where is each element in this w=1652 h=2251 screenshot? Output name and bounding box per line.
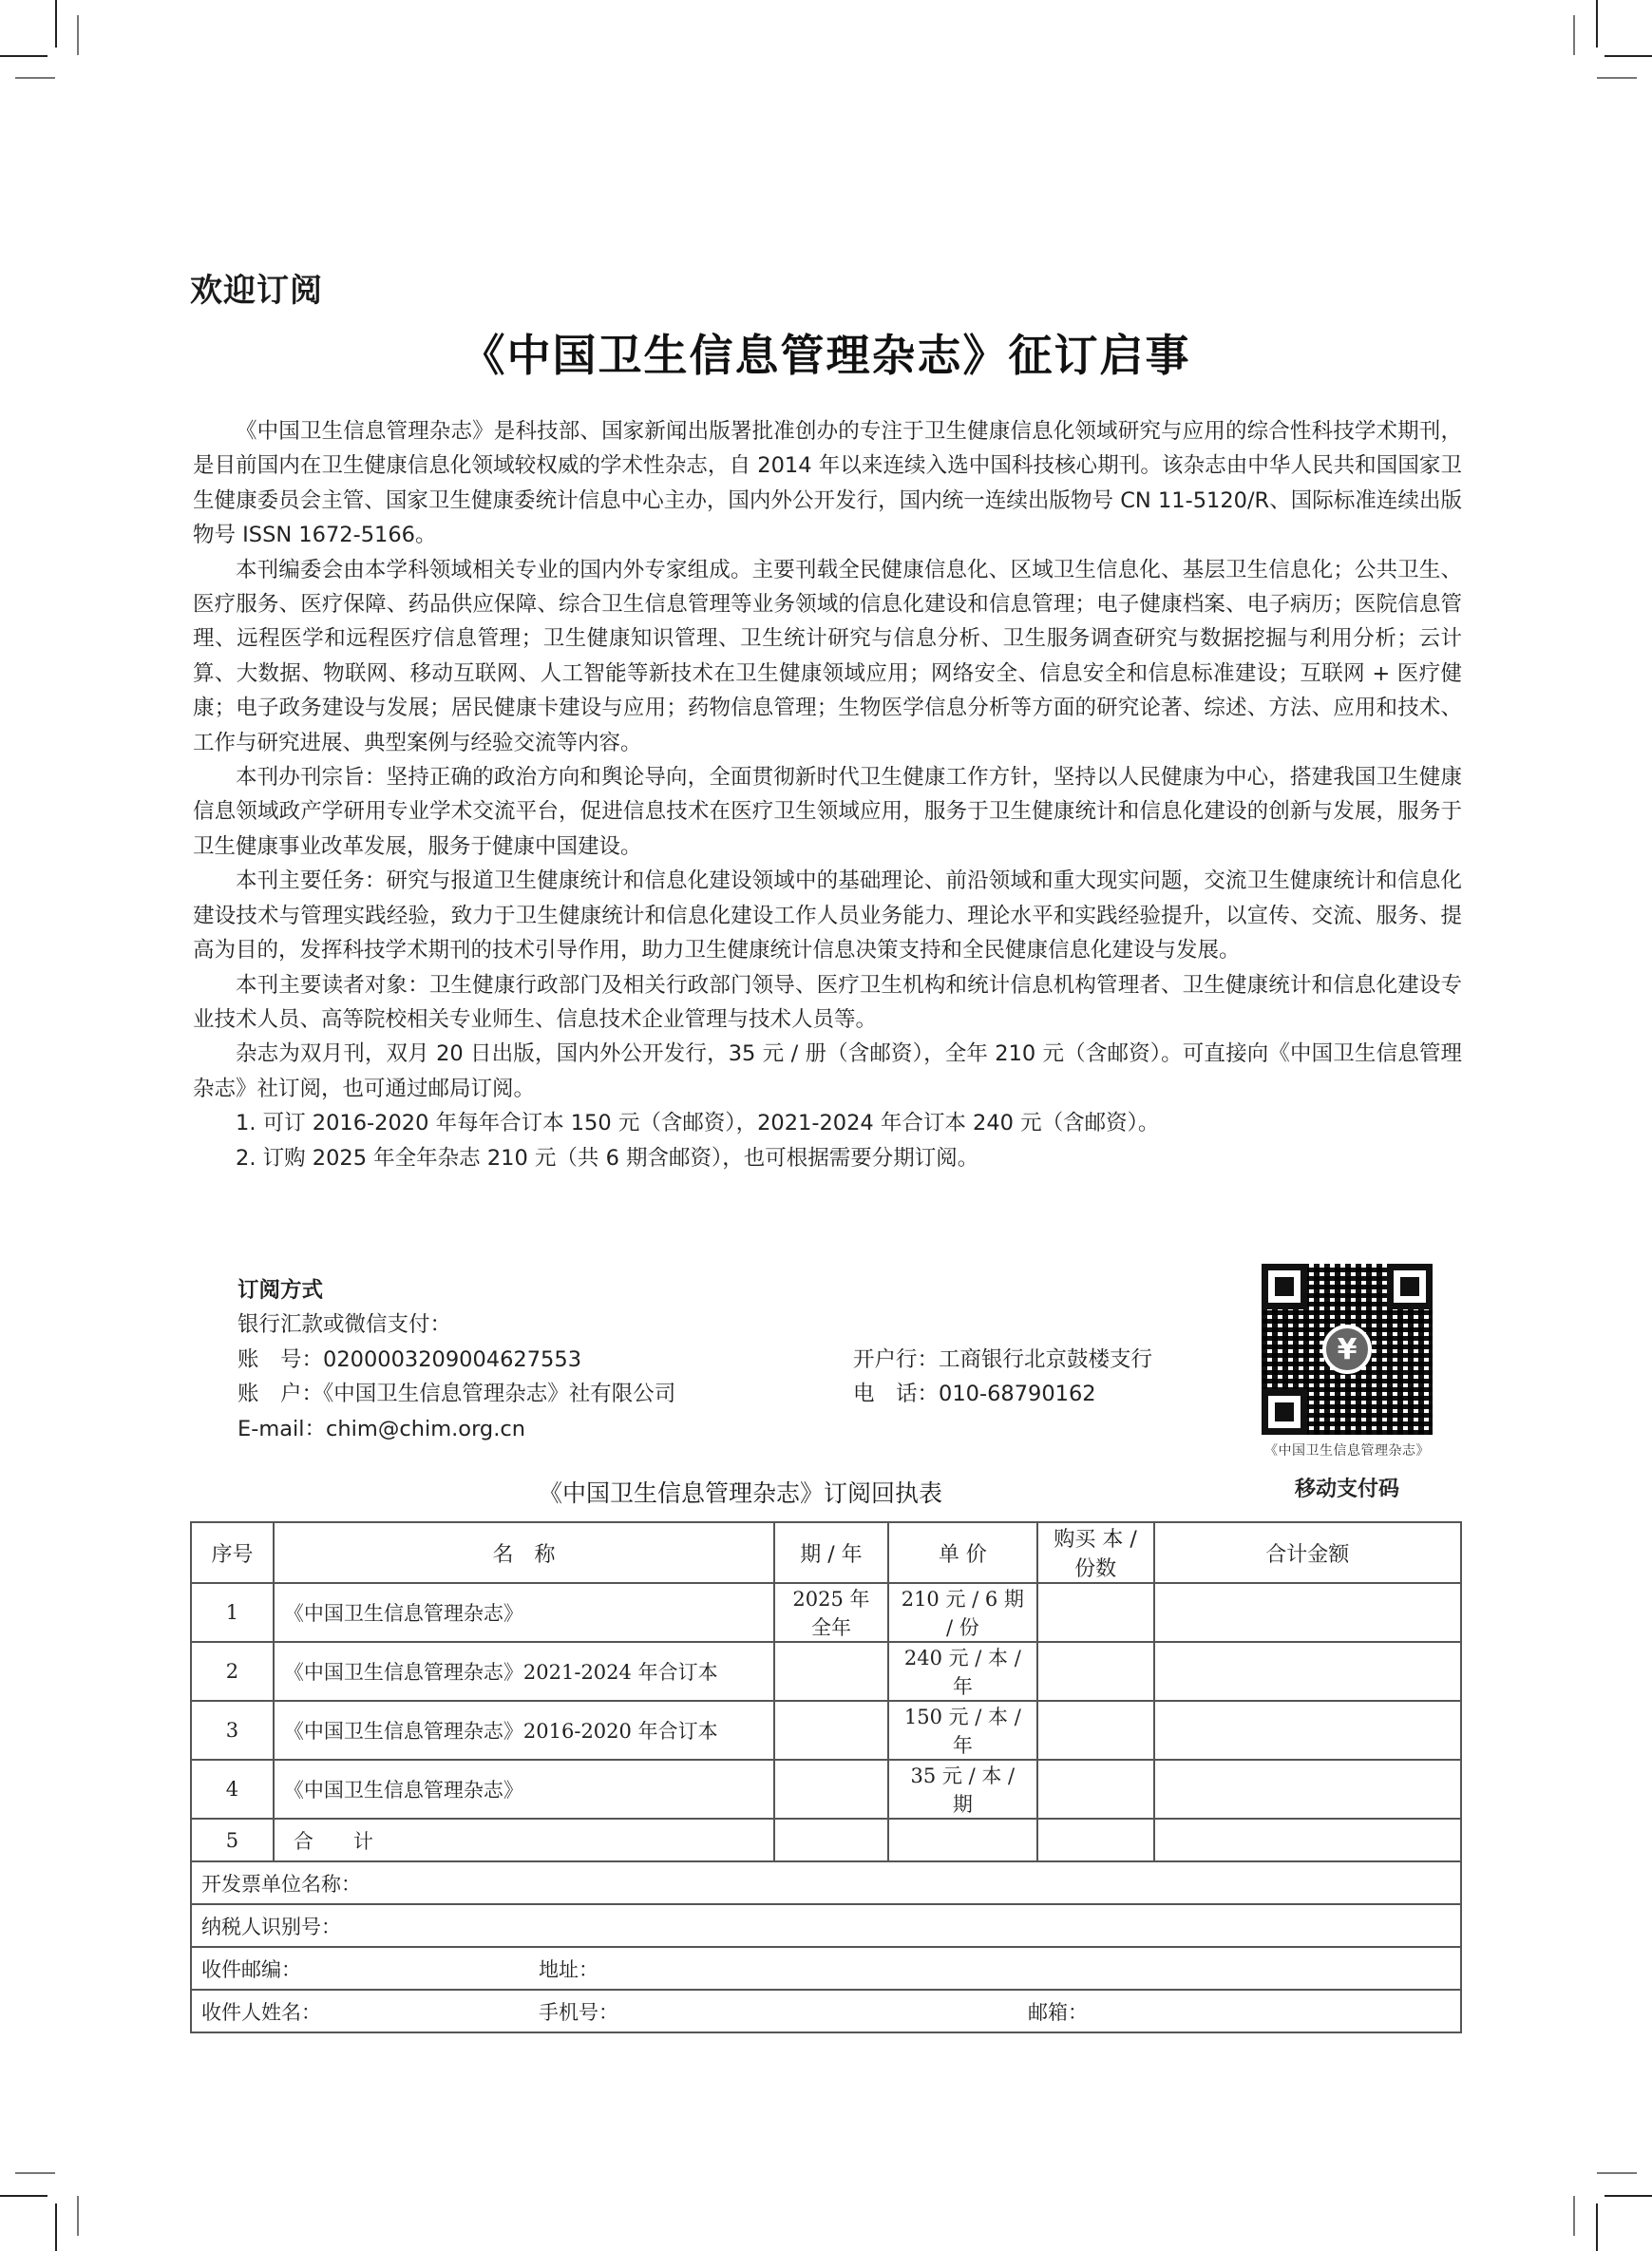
account-name-label: 账 户： <box>237 1382 323 1406</box>
payment-qr-block: ¥ 《中国卫生信息管理杂志》 移动支付码 <box>1252 1264 1442 1502</box>
row-quantity-field[interactable] <box>1037 1583 1154 1642</box>
list-item-annual-subscription: 2. 订购 2025 年全年杂志 210 元（共 6 期含邮资），也可根据需要分… <box>193 1141 1462 1175</box>
row-price: 35 元 / 本 / 期 <box>888 1760 1037 1819</box>
payment-qr-code[interactable]: ¥ <box>1262 1264 1433 1435</box>
taxpayer-id-field[interactable]: 纳税人识别号： <box>191 1904 1461 1947</box>
invoice-unit-row[interactable]: 开发票单位名称： <box>191 1861 1461 1904</box>
crop-mark <box>77 15 79 55</box>
crop-mark <box>1573 2196 1575 2236</box>
table-row-total: 5 合 计 <box>191 1819 1461 1861</box>
row-quantity-field[interactable] <box>1037 1819 1154 1861</box>
payment-method: 银行汇款或微信支付： <box>237 1307 1235 1342</box>
row-name: 《中国卫生信息管理杂志》 <box>274 1760 774 1819</box>
account-number-line: 账 号：0200003209004627553 <box>237 1343 853 1377</box>
row-name: 《中国卫生信息管理杂志》 <box>274 1583 774 1642</box>
account-number: 0200003209004627553 <box>323 1347 581 1372</box>
invoice-unit-label: 开发票单位名称： <box>201 1873 361 1896</box>
email-address[interactable]: chim@chim.org.cn <box>326 1417 525 1441</box>
row-total-field[interactable] <box>1154 1760 1461 1819</box>
header-period: 期 / 年 <box>774 1522 888 1583</box>
postcode-address-field[interactable]: 收件邮编：地址： <box>191 1947 1461 1990</box>
bank-name: 工商银行北京鼓楼支行 <box>939 1347 1152 1372</box>
table-row: 2 《中国卫生信息管理杂志》2021-2024 年合订本 240 元 / 本 /… <box>191 1642 1461 1701</box>
row-total-field[interactable] <box>1154 1642 1461 1701</box>
row-name: 合 计 <box>274 1819 774 1861</box>
email-line: E-mail：chim@chim.org.cn <box>237 1412 1235 1446</box>
row-name: 《中国卫生信息管理杂志》2016-2020 年合订本 <box>274 1701 774 1760</box>
header-price: 单 价 <box>888 1522 1037 1583</box>
crop-mark <box>55 2203 57 2251</box>
row-price <box>888 1819 1037 1861</box>
row-price: 150 元 / 本 / 年 <box>888 1701 1037 1760</box>
row-quantity-field[interactable] <box>1037 1642 1154 1701</box>
list-item-bound-volumes: 1. 可订 2016-2020 年每年合订本 150 元（含邮资），2021-2… <box>193 1106 1462 1140</box>
invoice-unit-field[interactable]: 开发票单位名称： <box>191 1861 1461 1904</box>
qr-finder-pattern <box>1262 1389 1307 1435</box>
header-total: 合计金额 <box>1154 1522 1461 1583</box>
row-period <box>774 1701 888 1760</box>
phone-label: 电 话： <box>853 1382 939 1406</box>
subscription-method: 订阅方式 银行汇款或微信支付： 账 号：0200003209004627553 … <box>237 1273 1235 1446</box>
recipient-field[interactable]: 收件人姓名：手机号：邮箱： <box>191 1990 1461 2032</box>
subscription-receipt-table: 序号 名 称 期 / 年 单 价 购买 本 / 份数 合计金额 1 《中国卫生信… <box>190 1521 1462 2033</box>
email-label: E-mail： <box>237 1417 326 1441</box>
yen-icon: ¥ <box>1322 1325 1372 1374</box>
row-total-field[interactable] <box>1154 1583 1461 1642</box>
phone-line: 电 话：010-68790162 <box>853 1377 1096 1411</box>
qr-caption: 《中国卫生信息管理杂志》 <box>1252 1440 1442 1459</box>
table-row: 1 《中国卫生信息管理杂志》 2025 年全年 210 元 / 6 期 / 份 <box>191 1583 1461 1642</box>
crop-mark <box>15 2172 55 2174</box>
row-quantity-field[interactable] <box>1037 1760 1154 1819</box>
recipient-row[interactable]: 收件人姓名：手机号：邮箱： <box>191 1990 1461 2032</box>
bank-line: 开户行：工商银行北京鼓楼支行 <box>853 1343 1152 1377</box>
paragraph-scope: 本刊编委会由本学科领域相关专业的国内外专家组成。主要刊载全民健康信息化、区域卫生… <box>193 553 1462 760</box>
taxpayer-id-label: 纳税人识别号： <box>201 1916 341 1938</box>
row-no: 5 <box>191 1819 274 1861</box>
row-price: 240 元 / 本 / 年 <box>888 1642 1037 1701</box>
header-quantity: 购买 本 / 份数 <box>1037 1522 1154 1583</box>
postcode-address-row[interactable]: 收件邮编：地址： <box>191 1947 1461 1990</box>
paragraph-readers: 本刊主要读者对象：卫生健康行政部门及相关行政部门领导、医疗卫生机构和统计信息机构… <box>193 968 1462 1038</box>
qr-finder-pattern <box>1262 1264 1307 1309</box>
paragraph-tasks: 本刊主要任务：研究与报道卫生健康统计和信息化建设领域中的基础理论、前沿领域和重大… <box>193 864 1462 967</box>
account-number-label: 账 号： <box>237 1347 323 1372</box>
mobile-label: 手机号： <box>539 1997 1028 2026</box>
postcode-label: 收件邮编： <box>201 1955 539 1983</box>
announcement-body: 《中国卫生信息管理杂志》是科技部、国家新闻出版署批准创办的专注于卫生健康信息化领… <box>193 414 1462 1175</box>
taxpayer-id-row[interactable]: 纳税人识别号： <box>191 1904 1461 1947</box>
bank-label: 开户行： <box>853 1347 939 1372</box>
paragraph-pricing: 杂志为双月刊，双月 20 日出版，国内外公开发行，35 元 / 册（含邮资），全… <box>193 1037 1462 1106</box>
row-total-field[interactable] <box>1154 1701 1461 1760</box>
mailbox-label: 邮箱： <box>1028 2001 1088 2024</box>
row-no: 3 <box>191 1701 274 1760</box>
crop-mark <box>77 2196 79 2236</box>
crop-mark <box>1573 15 1575 55</box>
crop-mark <box>1596 2203 1598 2251</box>
crop-mark <box>1605 2195 1652 2197</box>
recipient-name-label: 收件人姓名： <box>201 1997 539 2026</box>
row-price: 210 元 / 6 期 / 份 <box>888 1583 1037 1642</box>
subscription-heading: 订阅方式 <box>237 1273 1235 1307</box>
row-no: 1 <box>191 1583 274 1642</box>
account-name: 《中国卫生信息管理杂志》社有限公司 <box>323 1382 675 1406</box>
table-header-row: 序号 名 称 期 / 年 单 价 购买 本 / 份数 合计金额 <box>191 1522 1461 1583</box>
row-no: 4 <box>191 1760 274 1819</box>
table-row: 4 《中国卫生信息管理杂志》 35 元 / 本 / 期 <box>191 1760 1461 1819</box>
row-name: 《中国卫生信息管理杂志》2021-2024 年合订本 <box>274 1642 774 1701</box>
crop-mark <box>1597 77 1637 79</box>
crop-mark <box>1605 55 1652 57</box>
account-name-line: 账 户：《中国卫生信息管理杂志》社有限公司 <box>237 1377 853 1411</box>
row-period <box>774 1642 888 1701</box>
row-total-field[interactable] <box>1154 1819 1461 1861</box>
crop-mark <box>1596 0 1598 48</box>
row-period <box>774 1760 888 1819</box>
crop-mark <box>0 55 47 57</box>
row-quantity-field[interactable] <box>1037 1701 1154 1760</box>
receipt-table-title: 《中国卫生信息管理杂志》订阅回执表 <box>0 1475 1652 1509</box>
row-no: 2 <box>191 1642 274 1701</box>
row-period <box>774 1819 888 1861</box>
paragraph-purpose: 本刊办刊宗旨：坚持正确的政治方向和舆论导向，全面贯彻新时代卫生健康工作方针，坚持… <box>193 760 1462 864</box>
crop-mark <box>55 0 57 48</box>
crop-mark <box>1597 2172 1637 2174</box>
address-label: 地址： <box>539 1958 598 1981</box>
page-title: 《中国卫生信息管理杂志》征订启事 <box>0 321 1652 384</box>
welcome-heading: 欢迎订阅 <box>190 264 323 311</box>
crop-mark <box>15 77 55 79</box>
phone-number: 010-68790162 <box>939 1382 1096 1406</box>
table-row: 3 《中国卫生信息管理杂志》2016-2020 年合订本 150 元 / 本 /… <box>191 1701 1461 1760</box>
header-no: 序号 <box>191 1522 274 1583</box>
qr-finder-pattern <box>1387 1264 1433 1309</box>
row-period: 2025 年全年 <box>774 1583 888 1642</box>
crop-mark <box>0 2195 47 2197</box>
header-name: 名 称 <box>274 1522 774 1583</box>
paragraph-intro: 《中国卫生信息管理杂志》是科技部、国家新闻出版署批准创办的专注于卫生健康信息化领… <box>193 414 1462 553</box>
